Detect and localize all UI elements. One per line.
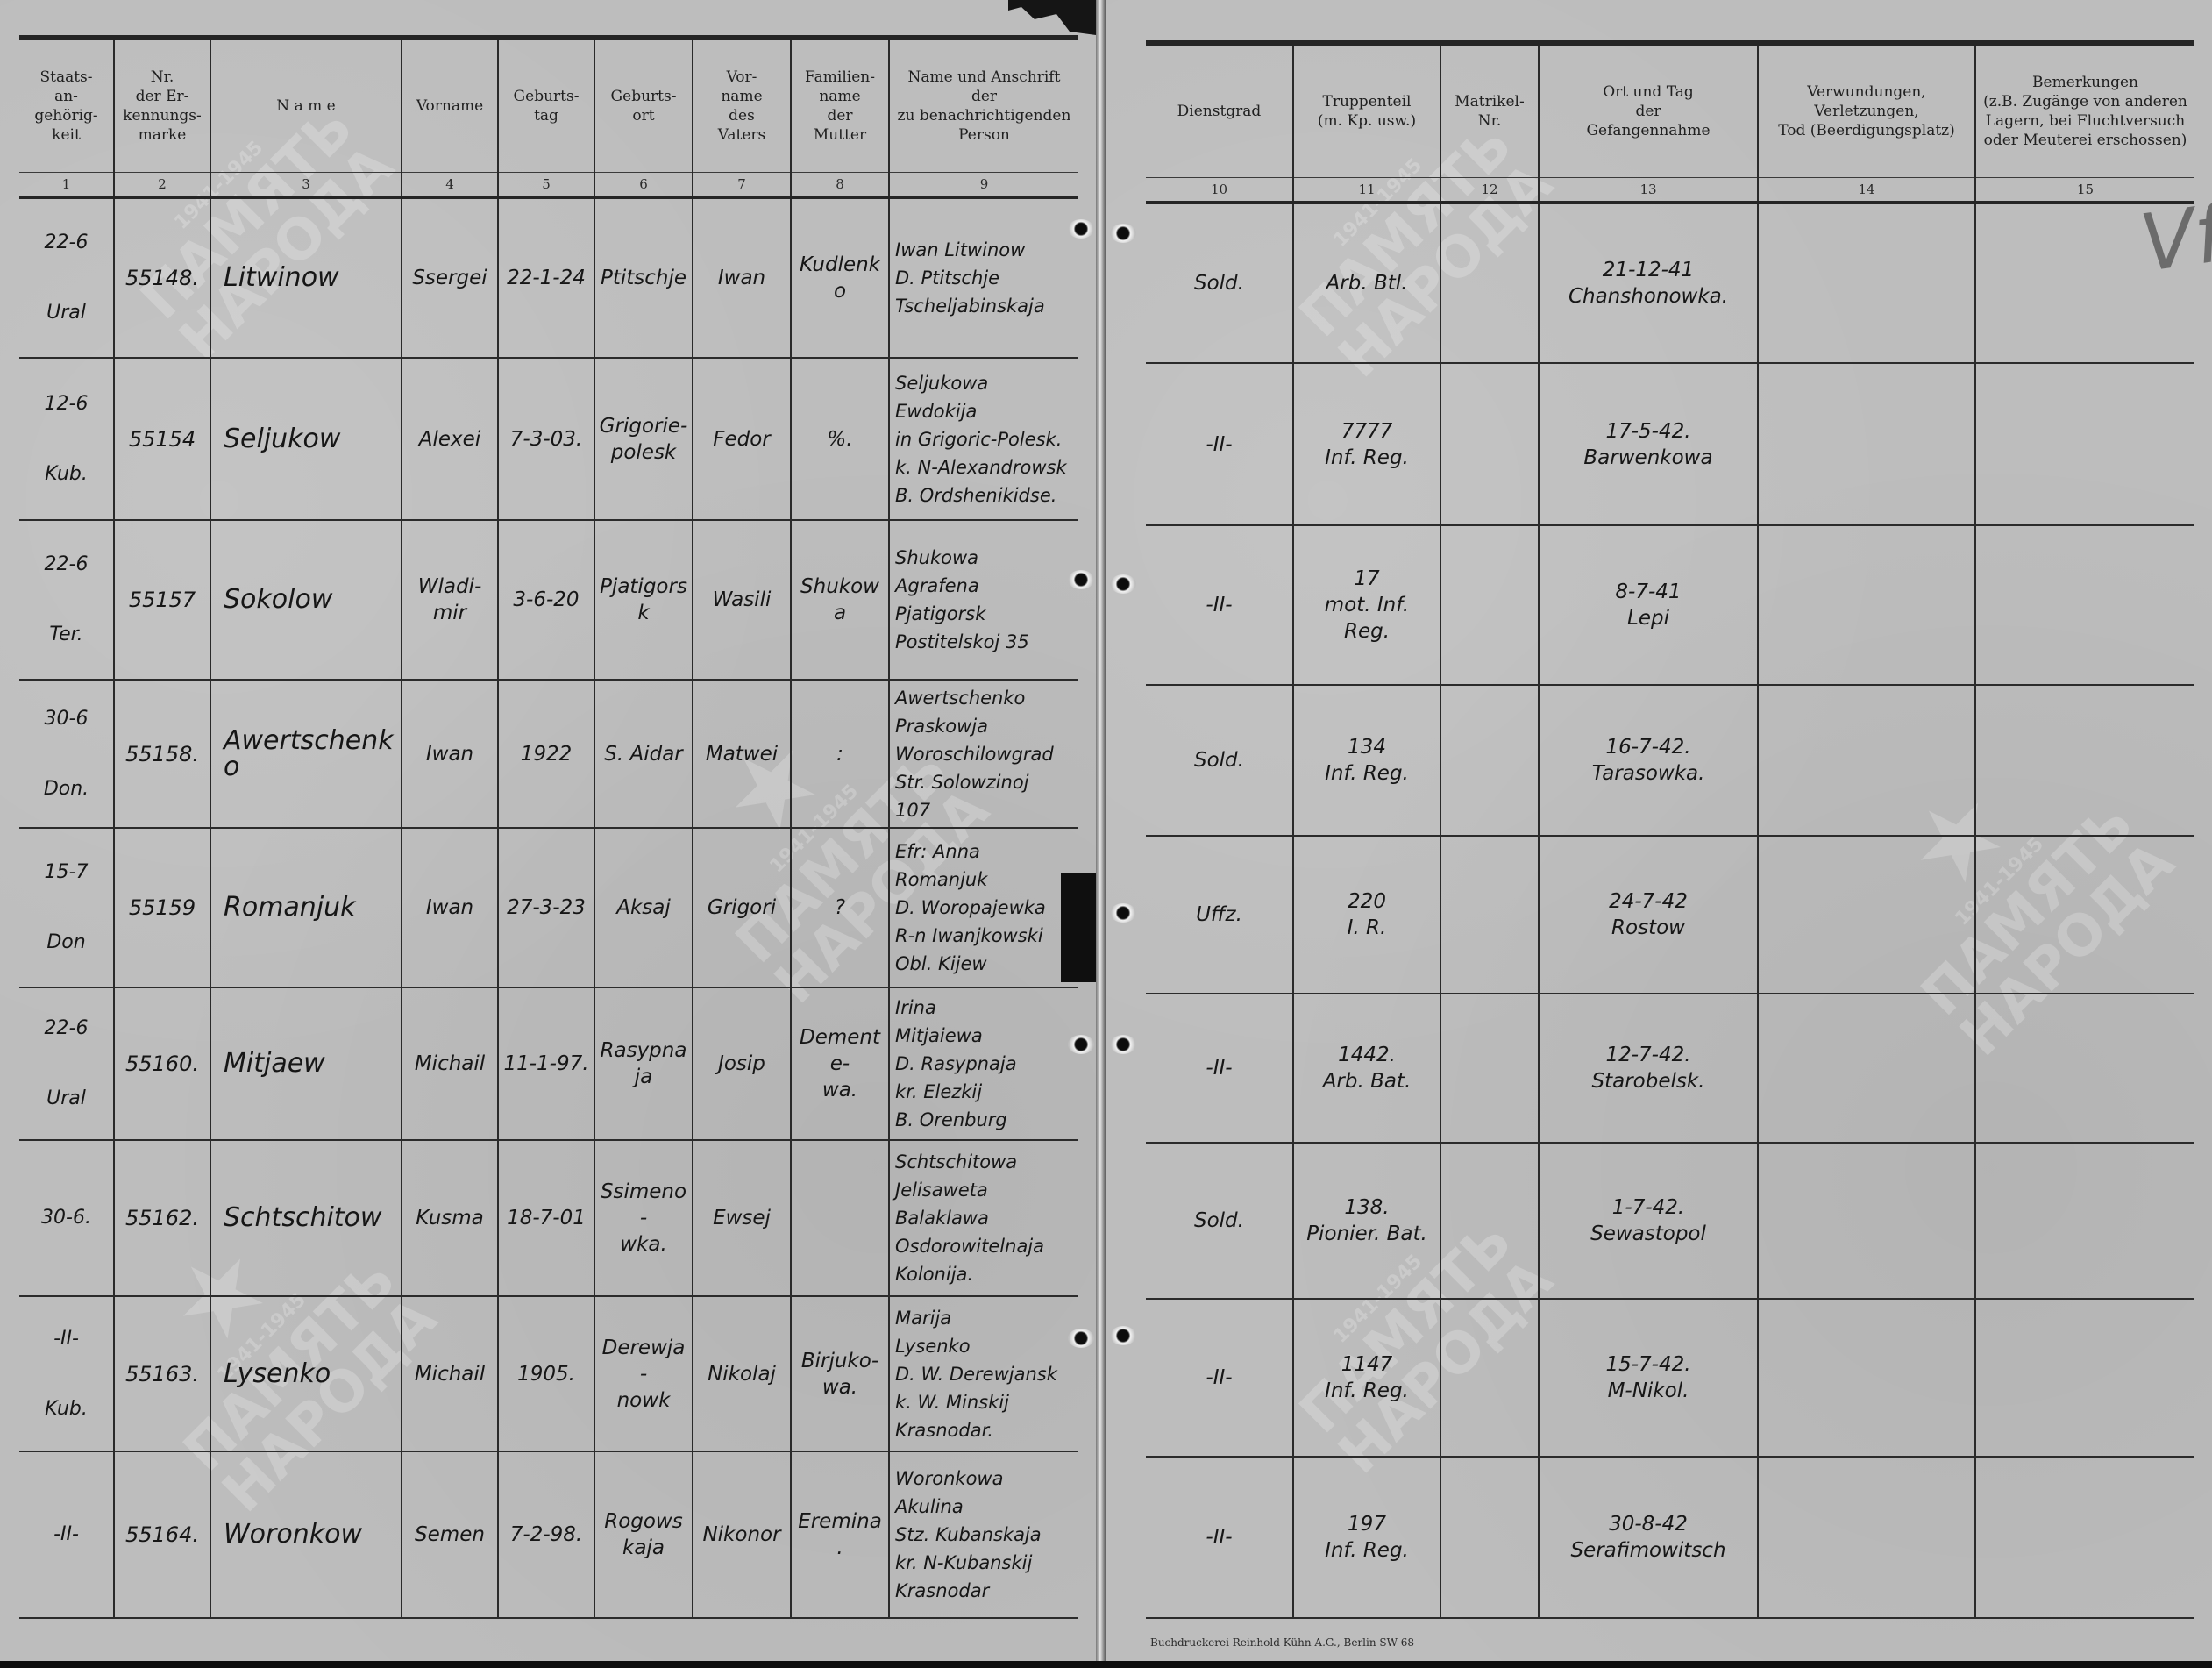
cell-gefangennahme: 16-7-42. Tarasowka. <box>1539 685 1758 836</box>
table-row: Sold.138. Pionier. Bat.1-7-42. Sewastopo… <box>1146 1143 2194 1299</box>
cell-geburtsort: Rasypnaja <box>594 987 693 1140</box>
cell-bemerkungen <box>1975 1299 2194 1457</box>
cell-matrikel <box>1440 994 1539 1143</box>
scan-edge <box>0 1661 2212 1668</box>
column-header: Truppenteil (m. Kp. usw.) <box>1293 43 1440 178</box>
column-header: Familien- name der Mutter <box>791 38 889 173</box>
cell-geburtsort: Derewja- nowk <box>594 1296 693 1451</box>
cell-matrikel <box>1440 363 1539 525</box>
cell-bemerkungen <box>1975 836 2194 994</box>
column-number: 6 <box>594 173 693 198</box>
cell-truppenteil: 220 I. R. <box>1293 836 1440 994</box>
cell-nr: 55164. <box>114 1451 210 1618</box>
cell-mutter: Demente- wa. <box>791 987 889 1140</box>
cell-gefangennahme: 1-7-42. Sewastopol <box>1539 1143 1758 1299</box>
cell-bemerkungen <box>1975 685 2194 836</box>
punch-hole <box>1110 903 1136 923</box>
cell-kontakt: Shukowa Agrafena Pjatigorsk Postitelskoj… <box>889 520 1078 680</box>
cell-matrikel <box>1440 1299 1539 1457</box>
cell-state: -II- <box>19 1451 114 1618</box>
cell-geburtsort: Grigorie- polesk <box>594 358 693 520</box>
cell-kontakt: Iwan Litwinow D. Ptitschje Tscheljabinsk… <box>889 197 1078 358</box>
cell-vorname: Michail <box>402 1296 498 1451</box>
cell-vater: Nikolaj <box>693 1296 791 1451</box>
cell-gefangennahme: 30-8-42 Serafimowitsch <box>1539 1457 1758 1618</box>
cell-name: Seljukow <box>210 358 402 520</box>
cell-mutter: : <box>791 680 889 828</box>
left-page: 1941-1945 ПАМЯТЬ НАРОДА ★ 1941-1945 ПАМЯ… <box>0 0 1096 1668</box>
cell-vorname: Wladi- mir <box>402 520 498 680</box>
table-row: 15-7 Don55159RomanjukIwan27-3-23AksajGri… <box>19 828 1078 987</box>
table-row: -II-1442. Arb. Bat.12-7-42. Starobelsk. <box>1146 994 2194 1143</box>
cell-geburtsort: Ptitschje <box>594 197 693 358</box>
cell-name: Woronkow <box>210 1451 402 1618</box>
cell-bemerkungen <box>1975 525 2194 685</box>
table-row: -II-197 Inf. Reg.30-8-42 Serafimowitsch <box>1146 1457 2194 1618</box>
cell-gefangennahme: 17-5-42. Barwenkowa <box>1539 363 1758 525</box>
cell-name: Mitjaew <box>210 987 402 1140</box>
cell-name: Awertschenko <box>210 680 402 828</box>
cell-dienstgrad: -II- <box>1146 1457 1293 1618</box>
column-headers: DienstgradTruppenteil (m. Kp. usw.)Matri… <box>1146 43 2194 178</box>
cell-vater: Matwei <box>693 680 791 828</box>
cell-vorname: Semen <box>402 1451 498 1618</box>
cell-matrikel <box>1440 836 1539 994</box>
column-header: Dienstgrad <box>1146 43 1293 178</box>
column-number: 4 <box>402 173 498 198</box>
cell-truppenteil: 134 Inf. Reg. <box>1293 685 1440 836</box>
table-row: -II- Kub.55163.LysenkoMichail1905.Derewj… <box>19 1296 1078 1451</box>
cell-geburtsort: Ssimeno- wka. <box>594 1140 693 1296</box>
column-number: 10 <box>1146 178 1293 203</box>
cell-verwundungen <box>1758 1457 1975 1618</box>
cell-vorname: Ssergei <box>402 197 498 358</box>
cell-truppenteil: 1147 Inf. Reg. <box>1293 1299 1440 1457</box>
cell-geburtstag: 3-6-20 <box>498 520 594 680</box>
cell-matrikel <box>1440 525 1539 685</box>
column-number: 3 <box>210 173 402 198</box>
cell-geburtsort: S. Aidar <box>594 680 693 828</box>
remark-initials: Vf <box>2135 188 2212 290</box>
cell-nr: 55158. <box>114 680 210 828</box>
cell-state: 22-6 Ural <box>19 197 114 358</box>
column-header: Name und Anschrift der zu benachrichtige… <box>889 38 1078 173</box>
table-row: Uffz.220 I. R.24-7-42 Rostow <box>1146 836 2194 994</box>
cell-bemerkungen <box>1975 994 2194 1143</box>
cell-vater: Grigori <box>693 828 791 987</box>
cell-matrikel <box>1440 685 1539 836</box>
cell-mutter: Eremina. <box>791 1451 889 1618</box>
punch-hole <box>1068 1329 1094 1348</box>
column-header: Vor- name des Vaters <box>693 38 791 173</box>
punch-hole <box>1068 1035 1094 1054</box>
cell-verwundungen <box>1758 994 1975 1143</box>
cell-vorname: Kusma <box>402 1140 498 1296</box>
cell-matrikel <box>1440 203 1539 363</box>
cell-verwundungen <box>1758 685 1975 836</box>
table-row: 22-6 Ural55148.LitwinowSsergei22-1-24Pti… <box>19 197 1078 358</box>
right-page: 1941-1945 ПАМЯТЬ НАРОДА ★ 1941-1945 ПАМЯ… <box>1106 0 2212 1668</box>
cell-vorname: Iwan <box>402 680 498 828</box>
cell-nr: 55148. <box>114 197 210 358</box>
column-header: Geburts- ort <box>594 38 693 173</box>
missing-paper-gap <box>1061 873 1096 982</box>
cell-vater: Wasili <box>693 520 791 680</box>
column-header: Nr. der Er- kennungs- marke <box>114 38 210 173</box>
table-row: 12-6 Kub.55154SeljukowAlexei7-3-03.Grigo… <box>19 358 1078 520</box>
cell-geburtstag: 22-1-24 <box>498 197 594 358</box>
column-number: 12 <box>1440 178 1539 203</box>
cell-verwundungen <box>1758 1143 1975 1299</box>
cell-name: Sokolow <box>210 520 402 680</box>
cell-name: Litwinow <box>210 197 402 358</box>
printer-imprint: Buchdruckerei Reinhold Kühn A.G., Berlin… <box>1150 1636 1414 1649</box>
punch-hole <box>1110 1035 1136 1054</box>
cell-geburtstag: 18-7-01 <box>498 1140 594 1296</box>
cell-truppenteil: 138. Pionier. Bat. <box>1293 1143 1440 1299</box>
table-row: 30-6.55162.SchtschitowKusma18-7-01Ssimen… <box>19 1140 1078 1296</box>
column-header: Verwundungen, Verletzungen, Tod (Beerdig… <box>1758 43 1975 178</box>
column-headers: Staats- an- gehörig- keitNr. der Er- ken… <box>19 38 1078 173</box>
cell-truppenteil: Arb. Btl. <box>1293 203 1440 363</box>
cell-mutter: ? <box>791 828 889 987</box>
cell-matrikel <box>1440 1143 1539 1299</box>
cell-gefangennahme: 21-12-41 Chanshonowka. <box>1539 203 1758 363</box>
cell-nr: 55159 <box>114 828 210 987</box>
cell-kontakt: Marija Lysenko D. W. Derewjansk k. W. Mi… <box>889 1296 1078 1451</box>
cell-bemerkungen <box>1975 1457 2194 1618</box>
column-number: 7 <box>693 173 791 198</box>
cell-dienstgrad: -II- <box>1146 994 1293 1143</box>
cell-vorname: Alexei <box>402 358 498 520</box>
table-row: Sold.134 Inf. Reg.16-7-42. Tarasowka. <box>1146 685 2194 836</box>
cell-vorname: Iwan <box>402 828 498 987</box>
cell-truppenteil: 1442. Arb. Bat. <box>1293 994 1440 1143</box>
table-row: -II-7777 Inf. Reg.17-5-42. Barwenkowa <box>1146 363 2194 525</box>
binding-spine <box>1096 0 1106 1668</box>
cell-geburtstag: 11-1-97. <box>498 987 594 1140</box>
cell-geburtstag: 27-3-23 <box>498 828 594 987</box>
cell-dienstgrad: Uffz. <box>1146 836 1293 994</box>
cell-name: Schtschitow <box>210 1140 402 1296</box>
cell-bemerkungen <box>1975 1143 2194 1299</box>
cell-kontakt: Irina Mitjaiewa D. Rasypnaja kr. Elezkij… <box>889 987 1078 1140</box>
table-row: 22-6 Ural55160.MitjaewMichail11-1-97.Ras… <box>19 987 1078 1140</box>
column-header: Matrikel- Nr. <box>1440 43 1539 178</box>
cell-vorname: Michail <box>402 987 498 1140</box>
cell-kontakt: Schtschitowa Jelisaweta Balaklawa Osdoro… <box>889 1140 1078 1296</box>
column-number: 2 <box>114 173 210 198</box>
column-header: Geburts- tag <box>498 38 594 173</box>
punch-hole <box>1068 219 1094 239</box>
cell-dienstgrad: -II- <box>1146 363 1293 525</box>
cell-dienstgrad: Sold. <box>1146 1143 1293 1299</box>
punch-hole <box>1110 574 1136 594</box>
column-header: Vorname <box>402 38 498 173</box>
cell-geburtsort: Aksaj <box>594 828 693 987</box>
cell-vater: Nikonor <box>693 1451 791 1618</box>
cell-nr: 55154 <box>114 358 210 520</box>
cell-vater: Ewsej <box>693 1140 791 1296</box>
cell-bemerkungen <box>1975 363 2194 525</box>
cell-vater: Fedor <box>693 358 791 520</box>
punch-hole <box>1110 224 1136 243</box>
column-numbers: 123456789 <box>19 173 1078 198</box>
cell-vater: Josip <box>693 987 791 1140</box>
cell-geburtstag: 1922 <box>498 680 594 828</box>
column-header: Ort und Tag der Gefangennahme <box>1539 43 1758 178</box>
cell-truppenteil: 197 Inf. Reg. <box>1293 1457 1440 1618</box>
cell-verwundungen <box>1758 363 1975 525</box>
column-number: 5 <box>498 173 594 198</box>
table-row: 22-6 Ter.55157SokolowWladi- mir3-6-20Pja… <box>19 520 1078 680</box>
cell-kontakt: Seljukowa Ewdokija in Grigoric-Polesk. k… <box>889 358 1078 520</box>
cell-kontakt: Woronkowa Akulina Stz. Kubanskaja kr. N-… <box>889 1451 1078 1618</box>
table-row: Sold.Arb. Btl.21-12-41 Chanshonowka. <box>1146 203 2194 363</box>
prisoner-register-right: DienstgradTruppenteil (m. Kp. usw.)Matri… <box>1146 40 2194 1619</box>
column-header: N a m e <box>210 38 402 173</box>
cell-mutter <box>791 1140 889 1296</box>
cell-vater: Iwan <box>693 197 791 358</box>
cell-state: 22-6 Ter. <box>19 520 114 680</box>
cell-dienstgrad: Sold. <box>1146 685 1293 836</box>
column-number: 14 <box>1758 178 1975 203</box>
cell-state: 12-6 Kub. <box>19 358 114 520</box>
cell-kontakt: Awertschenko Praskowja Woroschilowgrad S… <box>889 680 1078 828</box>
column-number: 9 <box>889 173 1078 198</box>
cell-gefangennahme: 8-7-41 Lepi <box>1539 525 1758 685</box>
cell-name: Romanjuk <box>210 828 402 987</box>
table-row: -II-55164.WoronkowSemen7-2-98.Rogowskaja… <box>19 1451 1078 1618</box>
torn-corner <box>1008 0 1096 35</box>
punch-hole <box>1068 570 1094 589</box>
cell-mutter: Kudlenko <box>791 197 889 358</box>
cell-dienstgrad: Sold. <box>1146 203 1293 363</box>
cell-state: 30-6 Don. <box>19 680 114 828</box>
cell-geburtstag: 7-3-03. <box>498 358 594 520</box>
cell-gefangennahme: 15-7-42. M-Nikol. <box>1539 1299 1758 1457</box>
cell-gefangennahme: 24-7-42 Rostow <box>1539 836 1758 994</box>
cell-verwundungen <box>1758 203 1975 363</box>
cell-geburtsort: Pjatigorsk <box>594 520 693 680</box>
cell-truppenteil: 7777 Inf. Reg. <box>1293 363 1440 525</box>
cell-nr: 55157 <box>114 520 210 680</box>
prisoner-register-left: Staats- an- gehörig- keitNr. der Er- ken… <box>19 35 1078 1619</box>
column-number: 11 <box>1293 178 1440 203</box>
column-numbers: 101112131415 <box>1146 178 2194 203</box>
column-number: 13 <box>1539 178 1758 203</box>
cell-dienstgrad: -II- <box>1146 525 1293 685</box>
column-header: Bemerkungen (z.B. Zugänge von anderen La… <box>1975 43 2194 178</box>
cell-kontakt: Efr: Anna Romanjuk D. Woropajewka R-n Iw… <box>889 828 1078 987</box>
cell-mutter: Birjuko- wa. <box>791 1296 889 1451</box>
cell-state: -II- Kub. <box>19 1296 114 1451</box>
cell-state: 22-6 Ural <box>19 987 114 1140</box>
column-number: 8 <box>791 173 889 198</box>
table-row: -II-1147 Inf. Reg.15-7-42. M-Nikol. <box>1146 1299 2194 1457</box>
cell-state: 15-7 Don <box>19 828 114 987</box>
cell-state: 30-6. <box>19 1140 114 1296</box>
column-number: 1 <box>19 173 114 198</box>
cell-nr: 55160. <box>114 987 210 1140</box>
cell-geburtstag: 1905. <box>498 1296 594 1451</box>
cell-geburtsort: Rogowskaja <box>594 1451 693 1618</box>
table-row: 30-6 Don.55158.AwertschenkoIwan1922S. Ai… <box>19 680 1078 828</box>
cell-dienstgrad: -II- <box>1146 1299 1293 1457</box>
cell-matrikel <box>1440 1457 1539 1618</box>
cell-mutter: %. <box>791 358 889 520</box>
cell-verwundungen <box>1758 1299 1975 1457</box>
cell-verwundungen <box>1758 836 1975 994</box>
cell-geburtstag: 7-2-98. <box>498 1451 594 1618</box>
punch-hole <box>1110 1326 1136 1345</box>
cell-verwundungen <box>1758 525 1975 685</box>
table-row: -II-17 mot. Inf. Reg.8-7-41 Lepi <box>1146 525 2194 685</box>
cell-gefangennahme: 12-7-42. Starobelsk. <box>1539 994 1758 1143</box>
cell-name: Lysenko <box>210 1296 402 1451</box>
cell-mutter: Shukowa <box>791 520 889 680</box>
cell-nr: 55163. <box>114 1296 210 1451</box>
cell-truppenteil: 17 mot. Inf. Reg. <box>1293 525 1440 685</box>
column-header: Staats- an- gehörig- keit <box>19 38 114 173</box>
cell-nr: 55162. <box>114 1140 210 1296</box>
